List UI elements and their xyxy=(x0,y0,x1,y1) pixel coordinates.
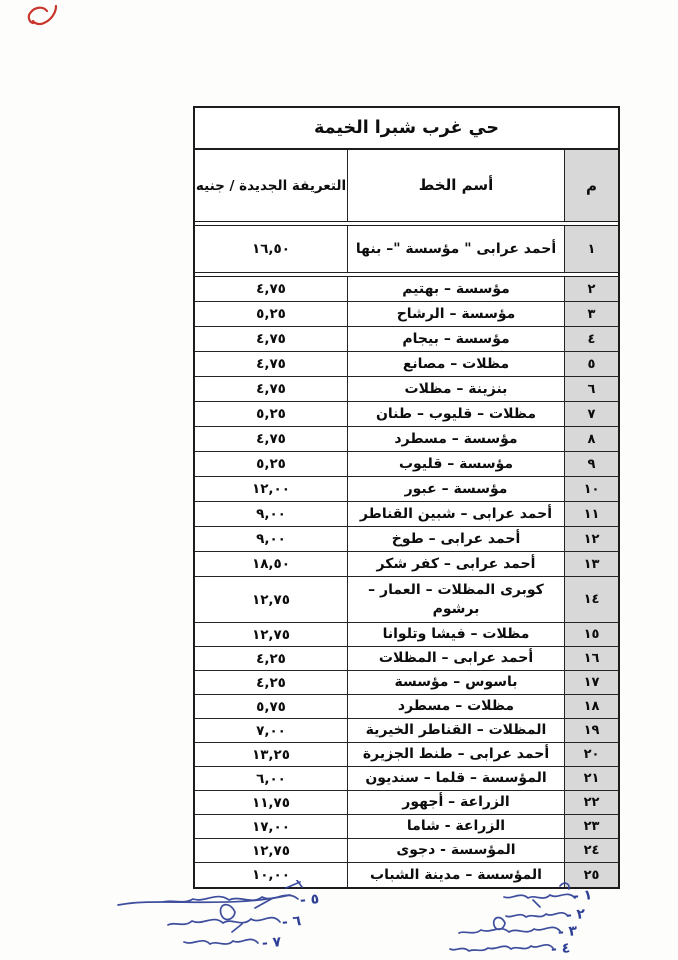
signature-number-3: ٣ - xyxy=(557,923,578,941)
row-line-name: مؤسسة – مسطرد xyxy=(347,427,564,451)
row-tariff: ٤,٧٥ xyxy=(195,377,347,401)
row-line-name: كوبرى المظلات – العمار – برشوم xyxy=(347,577,564,622)
row-tariff: ١٢,٧٥ xyxy=(195,839,347,862)
table-row: ٢٠أحمد عرابى – طنط الجزيرة١٣,٢٥ xyxy=(195,743,618,767)
table-row: ٢١المؤسسة – قلما – سنديون٦,٠٠ xyxy=(195,767,618,791)
row-line-name: باسوس – مؤسسة xyxy=(347,671,564,694)
row-tariff: ٥,٧٥ xyxy=(195,695,347,718)
table-row: ١٧باسوس – مؤسسة٤,٢٥ xyxy=(195,671,618,695)
row-tariff: ٤,٢٥ xyxy=(195,647,347,670)
row-index: ٧ xyxy=(564,402,618,426)
row-index: ٨ xyxy=(564,427,618,451)
table-title: حي غرب شبرا الخيمة xyxy=(195,108,618,150)
row-index: ١٦ xyxy=(564,647,618,670)
row-tariff: ١٢,٠٠ xyxy=(195,477,347,501)
row-line-name: مظلات – فيشا وتلوانا xyxy=(347,623,564,646)
row-index: ١٣ xyxy=(564,552,618,576)
row-line-name: أحمد عرابى – كفر شكر xyxy=(347,552,564,576)
row-tariff: ٥,٢٥ xyxy=(195,302,347,326)
table-row: ١٨مظلات – مسطرد٥,٧٥ xyxy=(195,695,618,719)
row-tariff: ٥,٢٥ xyxy=(195,402,347,426)
table-row: ٤مؤسسة – بيجام٤,٧٥ xyxy=(195,327,618,352)
row-index: ٥ xyxy=(564,352,618,376)
row-index: ١٨ xyxy=(564,695,618,718)
row-index: ٢١ xyxy=(564,767,618,790)
signature-number-2: ٢ - xyxy=(565,906,586,924)
row-index: ٢ xyxy=(564,277,618,301)
table-row: ٢مؤسسة – بهتيم٤,٧٥ xyxy=(195,277,618,302)
table-row: ١٤كوبرى المظلات – العمار – برشوم١٢,٧٥ xyxy=(195,577,618,623)
header-line-name: أسم الخط xyxy=(347,150,564,221)
row-line-name: أحمد عرابى – المظلات xyxy=(347,647,564,670)
row-tariff: ٤,٧٥ xyxy=(195,352,347,376)
document-page: حي غرب شبرا الخيمة م أسم الخط التعريفة ا… xyxy=(0,0,678,960)
row-line-name: المؤسسة – قلما – سنديون xyxy=(347,767,564,790)
red-pen-mark xyxy=(18,0,78,36)
row-line-name: مظلات – قليوب – طنان xyxy=(347,402,564,426)
table-row: ٩مؤسسة – قليوب٥,٢٥ xyxy=(195,452,618,477)
row-tariff: ١٣,٢٥ xyxy=(195,743,347,766)
row-index: ١١ xyxy=(564,502,618,526)
row-line-name: مؤسسة – بيجام xyxy=(347,327,564,351)
row-index: ٢٠ xyxy=(564,743,618,766)
row-line-name: مظلات – مسطرد xyxy=(347,695,564,718)
table-row: ٣مؤسسة – الرشاح٥,٢٥ xyxy=(195,302,618,327)
row-line-name: بنزينة – مظلات xyxy=(347,377,564,401)
row-line-name: الزراعة - شاما xyxy=(347,815,564,838)
table-row: ٦بنزينة – مظلات٤,٧٥ xyxy=(195,377,618,402)
row-line-name: أحمد عرابى – شبين القناطر xyxy=(347,502,564,526)
row-tariff: ٤,٧٥ xyxy=(195,277,347,301)
table-row: ١٩المظلات – القناطر الخيرية٧,٠٠ xyxy=(195,719,618,743)
row-index: ١٠ xyxy=(564,477,618,501)
row-line-name: الزراعة – أجهور xyxy=(347,791,564,814)
row-line-name: أحمد عرابى – طوخ xyxy=(347,527,564,551)
signature-number-6: ٦ - xyxy=(281,913,302,931)
signature-number-1: ١ - xyxy=(572,887,593,905)
row-line-name: المظلات – القناطر الخيرية xyxy=(347,719,564,742)
row-index: ٦ xyxy=(564,377,618,401)
row-line-name: أحمد عرابى " مؤسسة "– بنها xyxy=(347,226,564,272)
signature-number-4: ٤ - xyxy=(550,940,571,958)
table-row: ٢٣الزراعة - شاما١٧,٠٠ xyxy=(195,815,618,839)
row-index: ٣ xyxy=(564,302,618,326)
table-row: ١٥مظلات – فيشا وتلوانا١٢,٧٥ xyxy=(195,623,618,647)
row-line-name: مظلات – مصانع xyxy=(347,352,564,376)
row-tariff: ١٧,٠٠ xyxy=(195,815,347,838)
row-index: ٩ xyxy=(564,452,618,476)
table-row: ٨مؤسسة – مسطرد٤,٧٥ xyxy=(195,427,618,452)
table-row: ١١أحمد عرابى – شبين القناطر٩,٠٠ xyxy=(195,502,618,527)
row-tariff: ٤,٧٥ xyxy=(195,327,347,351)
table-row: ٧مظلات – قليوب – طنان٥,٢٥ xyxy=(195,402,618,427)
row-tariff: ٩,٠٠ xyxy=(195,502,347,526)
signature-number-5: ٥ - xyxy=(299,891,320,909)
row-tariff: ٤,٧٥ xyxy=(195,427,347,451)
row-index: ٢٣ xyxy=(564,815,618,838)
table-row: ١٦أحمد عرابى – المظلات٤,٢٥ xyxy=(195,647,618,671)
table-row: ١٠مؤسسة – عبور١٢,٠٠ xyxy=(195,477,618,502)
row-line-name: المؤسسة - دجوى xyxy=(347,839,564,862)
row-line-name: مؤسسة – الرشاح xyxy=(347,302,564,326)
tariff-table: حي غرب شبرا الخيمة م أسم الخط التعريفة ا… xyxy=(193,106,620,889)
row-line-name: مؤسسة – عبور xyxy=(347,477,564,501)
row-tariff: ٦,٠٠ xyxy=(195,767,347,790)
row-tariff: ١٦,٥٠ xyxy=(195,226,347,272)
row-tariff: ٧,٠٠ xyxy=(195,719,347,742)
row-index: ١٩ xyxy=(564,719,618,742)
table-row: ٢٢الزراعة – أجهور١١,٧٥ xyxy=(195,791,618,815)
row-tariff: ١١,٧٥ xyxy=(195,791,347,814)
row-line-name: أحمد عرابى – طنط الجزيرة xyxy=(347,743,564,766)
table-body: ١أحمد عرابى " مؤسسة "– بنها١٦,٥٠٢مؤسسة –… xyxy=(195,226,618,887)
row-tariff: ١٢,٧٥ xyxy=(195,623,347,646)
row-index: ٤ xyxy=(564,327,618,351)
header-tariff: التعريفة الجديدة / جنيه xyxy=(195,150,347,221)
row-line-name: مؤسسة – قليوب xyxy=(347,452,564,476)
row-index: ١٧ xyxy=(564,671,618,694)
header-index: م xyxy=(564,150,618,221)
signatures-area: ١ - ٢ - ٣ - ٤ - ٥ - ٦ - ٧ - xyxy=(0,880,678,960)
row-index: ١٤ xyxy=(564,577,618,622)
table-row: ١أحمد عرابى " مؤسسة "– بنها١٦,٥٠ xyxy=(195,226,618,273)
row-tariff: ٤,٢٥ xyxy=(195,671,347,694)
table-row: ٢٤المؤسسة - دجوى١٢,٧٥ xyxy=(195,839,618,863)
signature-number-7: ٧ - xyxy=(261,934,282,952)
row-index: ١ xyxy=(564,226,618,272)
row-index: ٢٤ xyxy=(564,839,618,862)
table-row: ١٣أحمد عرابى – كفر شكر١٨,٥٠ xyxy=(195,552,618,577)
row-index: ٢٢ xyxy=(564,791,618,814)
table-row: ١٢أحمد عرابى – طوخ٩,٠٠ xyxy=(195,527,618,552)
row-tariff: ١٢,٧٥ xyxy=(195,577,347,622)
table-header: م أسم الخط التعريفة الجديدة / جنيه xyxy=(195,150,618,222)
row-tariff: ٩,٠٠ xyxy=(195,527,347,551)
row-tariff: ٥,٢٥ xyxy=(195,452,347,476)
row-line-name: مؤسسة – بهتيم xyxy=(347,277,564,301)
table-row: ٥مظلات – مصانع٤,٧٥ xyxy=(195,352,618,377)
row-index: ١٥ xyxy=(564,623,618,646)
row-tariff: ١٨,٥٠ xyxy=(195,552,347,576)
row-index: ١٢ xyxy=(564,527,618,551)
